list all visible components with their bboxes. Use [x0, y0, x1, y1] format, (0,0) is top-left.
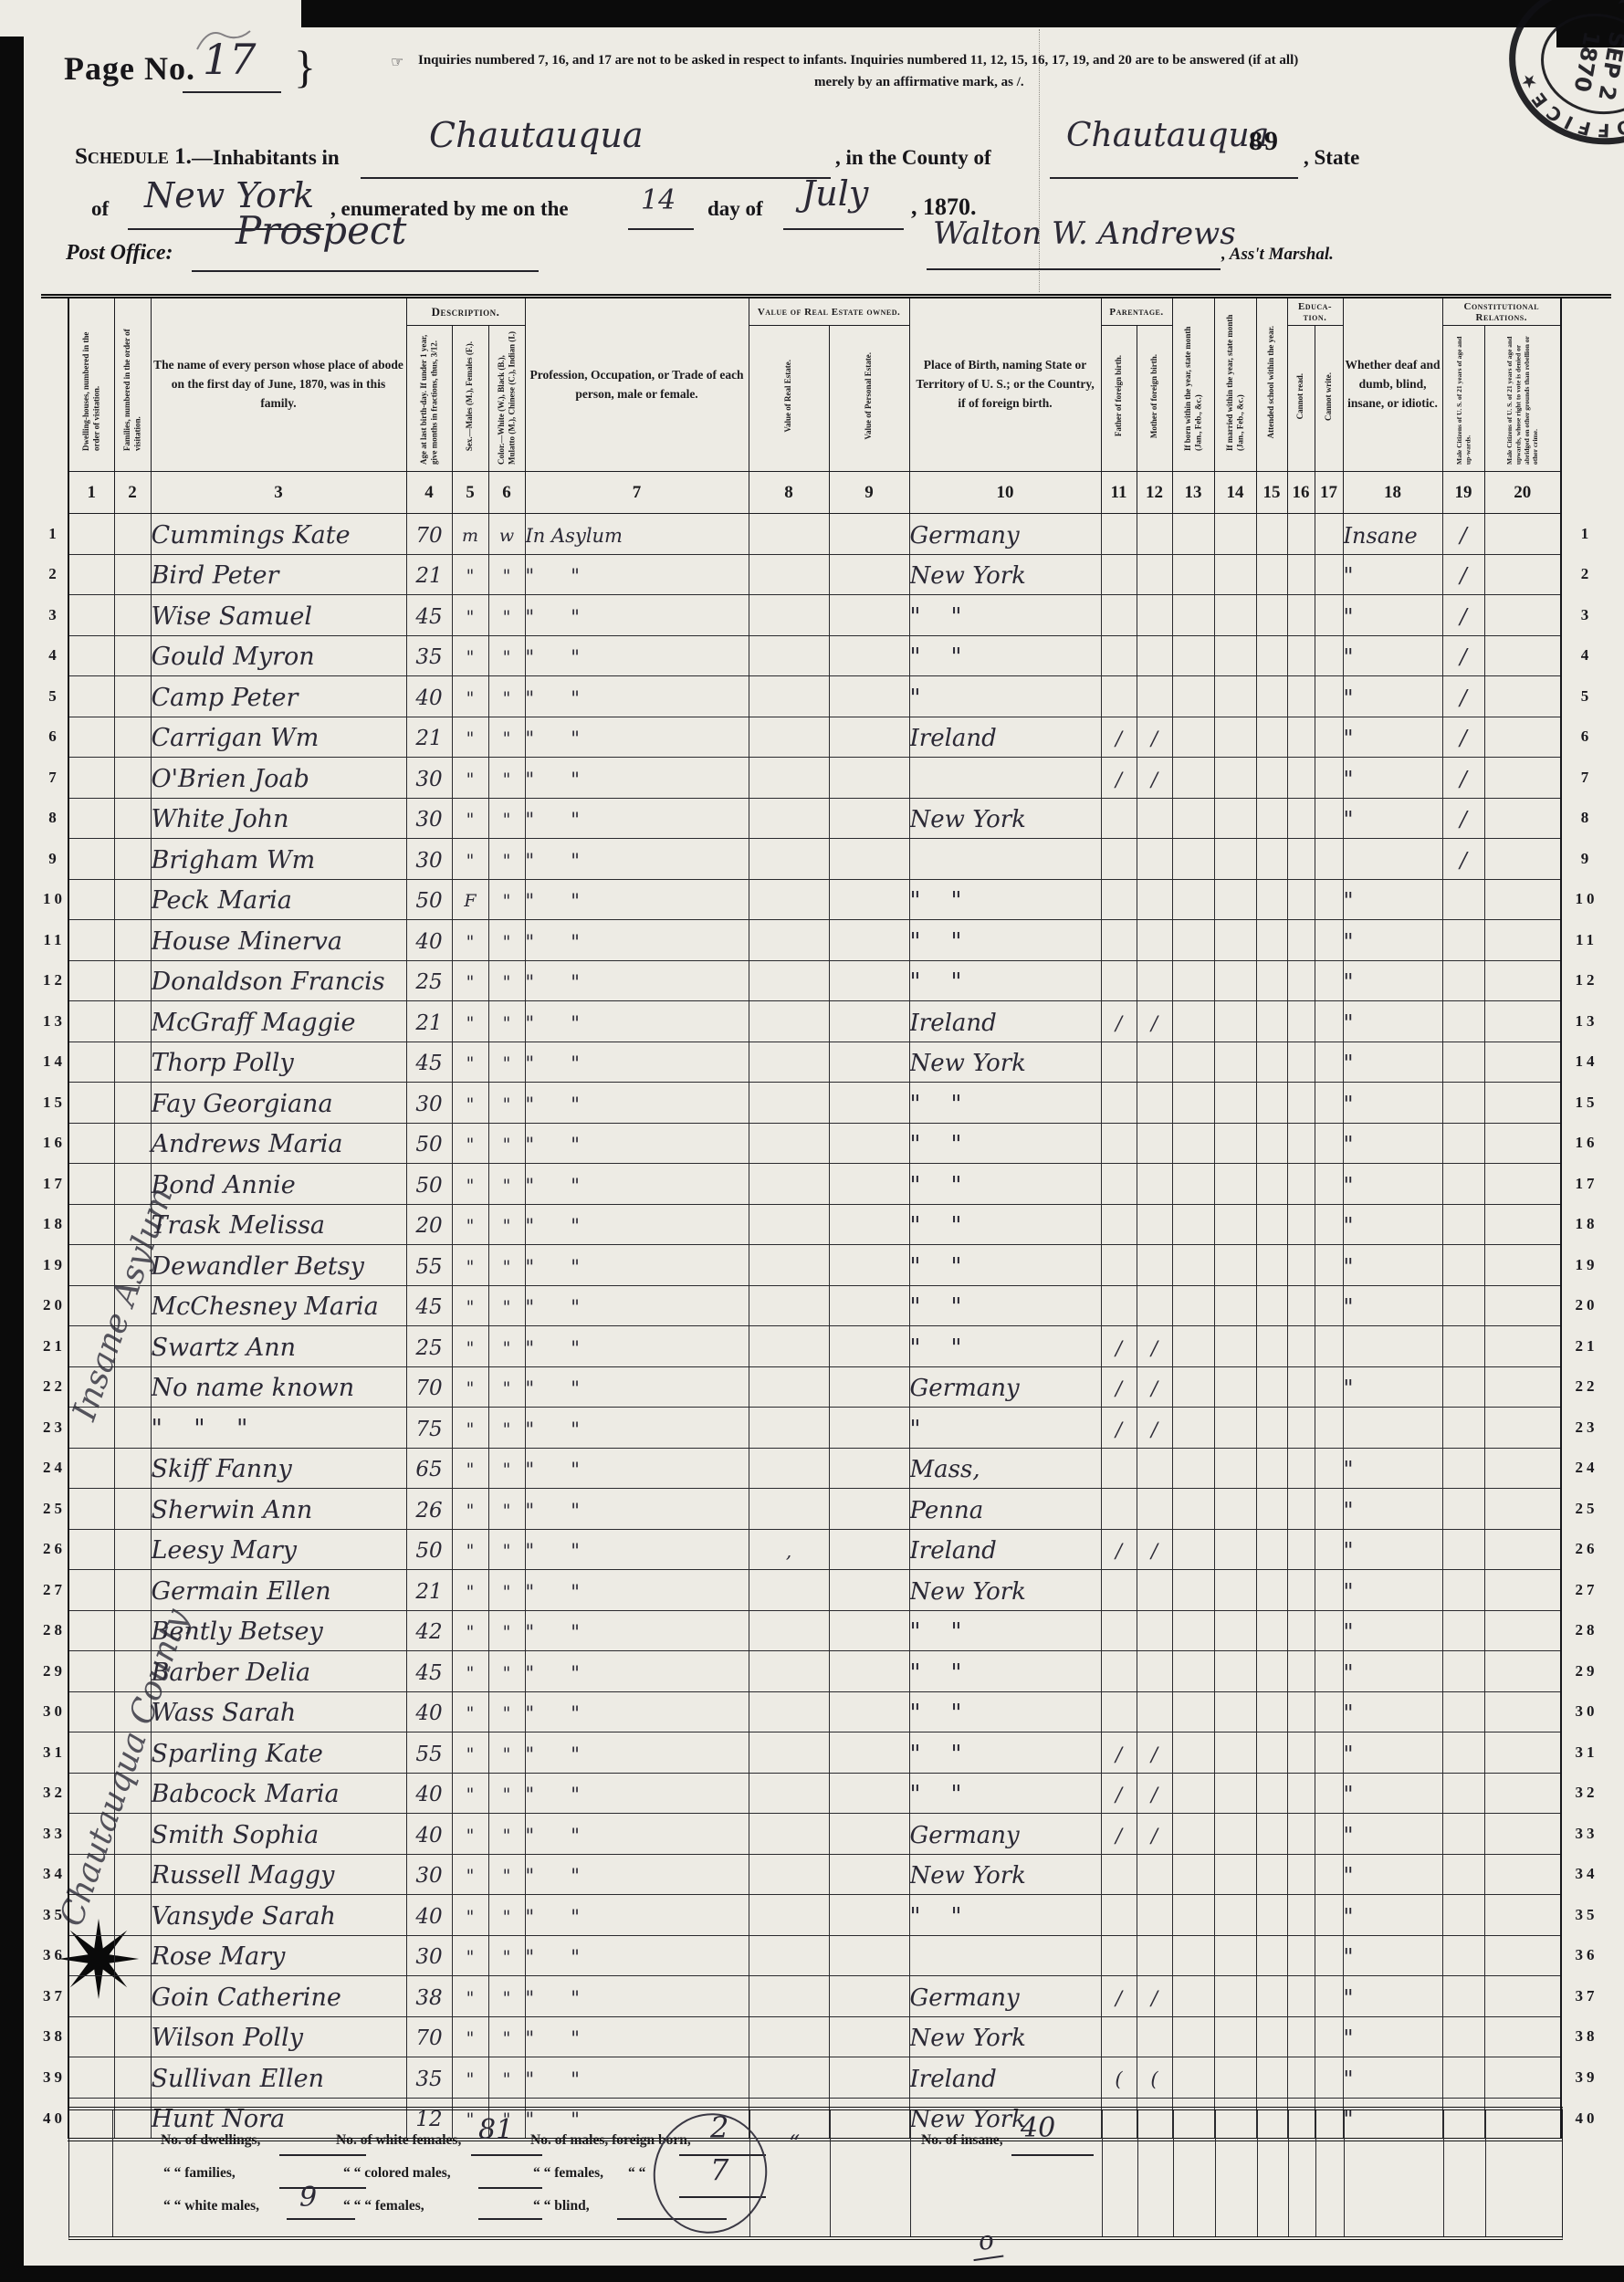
cell: [1101, 1489, 1137, 1530]
cell: [1287, 595, 1315, 636]
table-row: 26Leesy Mary50""" ",Ireland//"26: [41, 1529, 1611, 1570]
row-number-left: 8: [41, 798, 68, 839]
entry-underline: [478, 2218, 542, 2220]
cell: [1137, 1651, 1172, 1692]
cell: [1484, 1042, 1561, 1083]
column-rule: [1485, 2110, 1486, 2236]
row-number-right: 3: [1561, 595, 1611, 636]
row-number-right: 4: [1561, 635, 1611, 676]
cell: ": [1343, 1897, 1442, 1938]
cell: 50: [406, 1125, 452, 1166]
col-header-married-month: If married within the year, state month …: [1214, 297, 1256, 472]
cell: ": [1343, 1043, 1442, 1084]
cell: ": [452, 922, 488, 963]
entry-underline: [361, 177, 831, 179]
cell: ": [1343, 1653, 1442, 1694]
cell: [749, 960, 829, 1001]
cell: ": [488, 1856, 525, 1897]
cell: [1214, 920, 1256, 961]
col-header-cannot-read: Cannot read.: [1287, 326, 1315, 472]
cell: " ": [525, 922, 749, 963]
cell: ": [1343, 1531, 1442, 1572]
col-header-families: Families, numbered in the order of visit…: [114, 297, 151, 472]
cell: " ": [909, 962, 1101, 1003]
cell: [749, 1773, 829, 1814]
cell: [1484, 1204, 1561, 1245]
cell: [114, 2057, 151, 2099]
cell: [1214, 1083, 1256, 1124]
row-number-right: 38: [1561, 2016, 1611, 2057]
cell: ": [1343, 1978, 1442, 2019]
cell: [1484, 595, 1561, 636]
cell: [829, 2016, 909, 2057]
cell: 70: [406, 516, 452, 557]
cell: [1137, 2016, 1172, 2057]
column-rule: [1315, 2110, 1316, 2236]
cell: " ": [525, 1166, 749, 1207]
cell: [1442, 1408, 1484, 1449]
table-row: 7O'Brien Joab30""" "//"/7: [41, 758, 1611, 799]
cell: " ": [525, 1978, 749, 2019]
cell: [1287, 1448, 1315, 1489]
cell: [1101, 1164, 1137, 1205]
cell: ": [1343, 1247, 1442, 1288]
cell: 35: [406, 2059, 452, 2100]
cell: [1214, 635, 1256, 676]
cell: ": [452, 1491, 488, 1532]
row-number-left: 40: [41, 2098, 68, 2140]
cell: McGraff Maggie: [151, 1003, 406, 1044]
table-row: 30Wass Sarah40""" "" ""30: [41, 1691, 1611, 1732]
cell: " ": [909, 1612, 1101, 1653]
cell: Wise Samuel: [151, 597, 406, 638]
cell: [829, 635, 909, 676]
cell: " ": [525, 1247, 749, 1288]
summary-box: No. of dwellings, No. of white females, …: [68, 2107, 1563, 2240]
cell: [1214, 1164, 1256, 1205]
cell: 38: [406, 1978, 452, 2019]
row-number-right: 36: [1561, 1935, 1611, 1976]
cell: /: [1442, 759, 1484, 801]
cell: [1442, 920, 1484, 961]
cell: /: [1442, 516, 1484, 557]
cell: [1101, 1854, 1137, 1895]
cell: [1101, 1691, 1137, 1732]
cell: [1214, 1570, 1256, 1611]
cell: [1137, 1285, 1172, 1326]
table-row: 28Bently Betsey42""" "" ""28: [41, 1610, 1611, 1651]
row-number-right: 17: [1561, 1164, 1611, 1205]
cell: [1484, 1976, 1561, 2017]
cell: " ": [525, 800, 749, 841]
cell: ": [1343, 1774, 1442, 1816]
cell: [1101, 1123, 1137, 1164]
cell: /: [1137, 759, 1172, 801]
cell: [1214, 1448, 1256, 1489]
cell: [1315, 514, 1343, 555]
cell: 45: [406, 597, 452, 638]
cell: [1137, 635, 1172, 676]
col-header-age: Age at last birth-day. If under 1 year, …: [406, 326, 452, 472]
row-number-left: 2: [41, 554, 68, 595]
cell: ": [1343, 1125, 1442, 1166]
row-number-right: 13: [1561, 1001, 1611, 1042]
col-header-color: Color.—White (W.), Black (B.), Mulatto (…: [488, 326, 525, 472]
entry-underline: [927, 268, 1221, 270]
cell: Gould Myron: [151, 637, 406, 678]
cell: ": [488, 678, 525, 719]
cell: [829, 1001, 909, 1042]
cell: ": [488, 2059, 525, 2100]
table-row: 14Thorp Polly45""" "New York"14: [41, 1042, 1611, 1083]
cell: Leesy Mary: [151, 1531, 406, 1572]
cell: [1315, 758, 1343, 799]
row-number-left: 17: [41, 1164, 68, 1205]
cell: [1214, 1529, 1256, 1570]
cell: [1484, 1570, 1561, 1611]
row-number-left: 31: [41, 1732, 68, 1774]
cell: Peck Maria: [151, 881, 406, 922]
cell: [1315, 1001, 1343, 1042]
county-label: , in the County of: [835, 146, 991, 170]
cell: [829, 1935, 909, 1976]
cell: [1484, 1164, 1561, 1205]
cell: 70: [406, 2018, 452, 2059]
cell: Swartz Ann: [151, 1328, 406, 1369]
cell: [1256, 920, 1287, 961]
cell: [749, 1610, 829, 1651]
cell: [1287, 1610, 1315, 1651]
cell: [1315, 1123, 1343, 1164]
cell: /: [1137, 1531, 1172, 1572]
cell: 20: [406, 1206, 452, 1247]
cell: [68, 1773, 114, 1814]
cell: ": [1343, 1166, 1442, 1207]
cell: /: [1442, 637, 1484, 678]
cell: [68, 1448, 114, 1489]
cell: [1172, 1408, 1214, 1449]
cell: [829, 514, 909, 555]
cell: " ": [525, 881, 749, 922]
cell: 26: [406, 1491, 452, 1532]
cell: [1256, 554, 1287, 595]
cell: [68, 1245, 114, 1286]
row-number-right: 14: [1561, 1042, 1611, 1083]
cell: [1484, 839, 1561, 880]
cell: ": [1343, 881, 1442, 922]
cell: [829, 676, 909, 717]
blind-label: “ “ blind,: [533, 2198, 590, 2214]
cell: " ": [909, 597, 1101, 638]
cell: [1442, 1204, 1484, 1245]
row-number-right: 28: [1561, 1610, 1611, 1651]
col-header-deaf-dumb: Whether deaf and dumb, blind, insane, or…: [1343, 297, 1442, 472]
cell: [1256, 1123, 1287, 1164]
cell: [1287, 676, 1315, 717]
cell: [1287, 1854, 1315, 1895]
cell: [829, 1285, 909, 1326]
cell: ": [452, 1531, 488, 1572]
cell: " ": [909, 1897, 1101, 1938]
cell: [829, 1854, 909, 1895]
cell: " ": [909, 922, 1101, 963]
group-description: Description.: [406, 297, 525, 326]
cell: [1101, 1448, 1137, 1489]
cell: Fay Georgiana: [151, 1084, 406, 1125]
table-row: 37Goin Catherine38""" "Germany//"37: [41, 1976, 1611, 2017]
cell: ": [488, 1572, 525, 1613]
cell: [1256, 1529, 1287, 1570]
cell: [1172, 1854, 1214, 1895]
cell: [1137, 554, 1172, 595]
cell: Bond Annie: [151, 1166, 406, 1207]
cell: [1315, 2016, 1343, 2057]
cell: [749, 595, 829, 636]
cell: " ": [525, 1043, 749, 1084]
cell: [1484, 1326, 1561, 1367]
entry-underline: [279, 2187, 366, 2189]
cell: [1484, 1245, 1561, 1286]
cell: 75: [406, 1409, 452, 1450]
col-header-school: Attended school within the year.: [1256, 297, 1287, 472]
cell: ": [488, 1247, 525, 1288]
table-row: 2Bird Peter21""" "New York"/2: [41, 554, 1611, 595]
col-header-mother-foreign: Mother of foreign birth.: [1137, 326, 1172, 472]
cell: [749, 1895, 829, 1936]
cell: /: [1442, 800, 1484, 841]
row-number-right: 37: [1561, 1976, 1611, 2017]
cell: Ireland: [909, 1003, 1101, 1044]
cell: [114, 1651, 151, 1692]
cell: [1442, 1976, 1484, 2017]
cell: [114, 1570, 151, 1611]
cell: [1484, 1814, 1561, 1855]
cell: 30: [406, 841, 452, 882]
row-number-right: 8: [1561, 798, 1611, 839]
cell: [1287, 1976, 1315, 2017]
cell: ": [488, 1328, 525, 1369]
row-number-right: 18: [1561, 1204, 1611, 1245]
fold-line: [1039, 29, 1040, 292]
cell: [68, 1123, 114, 1164]
cell: [829, 879, 909, 920]
cell: [1287, 1042, 1315, 1083]
cell: [1315, 960, 1343, 1001]
cell: [829, 1204, 909, 1245]
cell: [1484, 1123, 1561, 1164]
cell: [1172, 1773, 1214, 1814]
table-row: 29Barber Delia45""" "" ""29: [41, 1651, 1611, 1692]
cell: F: [452, 881, 488, 922]
cell: /: [1137, 1328, 1172, 1369]
cell: ": [909, 1409, 1101, 1450]
cell: [1101, 1204, 1137, 1245]
cell: [1442, 1042, 1484, 1083]
cell: [749, 1489, 829, 1530]
cell: ": [452, 1734, 488, 1775]
cell: " ": [909, 1166, 1101, 1207]
cell: [1484, 2016, 1561, 2057]
cell: [1315, 1164, 1343, 1205]
cell: [1101, 676, 1137, 717]
cell: [1172, 2057, 1214, 2099]
cell: [1484, 1732, 1561, 1774]
cell: [1442, 1691, 1484, 1732]
row-number-left: 20: [41, 1285, 68, 1326]
cell: ": [452, 1897, 488, 1938]
group-constitutional: Constitutional Relations.: [1442, 297, 1561, 326]
row-number-right: 31: [1561, 1732, 1611, 1774]
cell: /: [1101, 759, 1137, 801]
cell: [1101, 635, 1137, 676]
cell: ": [488, 1409, 525, 1450]
cell: New York: [909, 556, 1101, 597]
cell: [1172, 1691, 1214, 1732]
cell: House Minerva: [151, 922, 406, 963]
cell: " ": [525, 637, 749, 678]
cell: [1172, 2016, 1214, 2057]
cell: ": [488, 1693, 525, 1734]
table-row: 6Carrigan Wm21""" "Ireland//"/6: [41, 717, 1611, 758]
entry-underline: [1011, 2154, 1094, 2156]
cell: [749, 920, 829, 961]
cell: [1287, 879, 1315, 920]
instructions-line1: Inquiries numbered 7, 16, and 17 are not…: [418, 53, 1298, 68]
cell: [1101, 839, 1137, 880]
cell: [1256, 1854, 1287, 1895]
cell: ": [452, 1287, 488, 1328]
cell: [1315, 839, 1343, 880]
cell: [1214, 879, 1256, 920]
cell: [1484, 1448, 1561, 1489]
cell: Wass Sarah: [151, 1693, 406, 1734]
row-number-left: 19: [41, 1245, 68, 1286]
cell: " ": [525, 962, 749, 1003]
cell: ": [452, 1937, 488, 1978]
cell: " ": [525, 1409, 749, 1450]
cell: [68, 676, 114, 717]
cell: [1172, 1042, 1214, 1083]
cell: [1287, 1895, 1315, 1936]
cell: [1214, 1895, 1256, 1936]
row-number-right: 34: [1561, 1854, 1611, 1895]
row-number-left: 23: [41, 1408, 68, 1449]
cell: [829, 1976, 909, 2017]
cell: [1484, 960, 1561, 1001]
cell: [68, 1570, 114, 1611]
cell: ": [452, 1084, 488, 1125]
cell: ": [488, 1978, 525, 2019]
column-rule: [1257, 2110, 1258, 2236]
table-row: 23" " "75""" ""//23: [41, 1408, 1611, 1449]
cell: [1315, 1773, 1343, 1814]
cell: [1484, 798, 1561, 839]
cell: [114, 1001, 151, 1042]
cell: [1172, 1935, 1214, 1976]
cell: ": [1343, 1734, 1442, 1775]
cell: /: [1137, 1978, 1172, 2019]
cell: [68, 1042, 114, 1083]
cell: [1214, 1204, 1256, 1245]
cell: [829, 1245, 909, 1286]
cell: [1315, 920, 1343, 961]
cell: [1287, 1204, 1315, 1245]
cell: [1214, 1326, 1256, 1367]
col-header-occupation: Profession, Occupation, or Trade of each…: [525, 297, 749, 472]
cell: [1442, 1245, 1484, 1286]
row-number-left: 33: [41, 1814, 68, 1855]
cell: " ": [525, 2059, 749, 2100]
cell: [1287, 1164, 1315, 1205]
cell: ": [452, 1247, 488, 1288]
cell: ": [488, 1450, 525, 1491]
cell: " " ": [151, 1409, 406, 1450]
cell: /: [1101, 1003, 1137, 1044]
cell: [1484, 758, 1561, 799]
cell: [1172, 1570, 1214, 1611]
cell: [1172, 1732, 1214, 1774]
cell: [1315, 1448, 1343, 1489]
row-number-left: 21: [41, 1326, 68, 1367]
scan-edge-top: [301, 0, 1624, 27]
cell: [1442, 1814, 1484, 1855]
entry-underline: [783, 228, 904, 230]
cell: ": [452, 1978, 488, 2019]
cell: [1442, 1935, 1484, 1976]
cell: Germany: [909, 516, 1101, 557]
cell: 30: [406, 1856, 452, 1897]
cell: /: [1137, 1003, 1172, 1044]
cell: [829, 1164, 909, 1205]
cell: [1442, 1164, 1484, 1205]
cell: [1101, 514, 1137, 555]
cell: 45: [406, 1043, 452, 1084]
cell: [1172, 1164, 1214, 1205]
cell: [749, 1326, 829, 1367]
cell: [114, 1976, 151, 2017]
cell: [114, 1083, 151, 1124]
cell: 55: [406, 1247, 452, 1288]
cell: /: [1442, 597, 1484, 638]
cell: Ireland: [909, 2059, 1101, 2100]
cell: /: [1137, 1409, 1172, 1450]
cell: " ": [525, 759, 749, 801]
cell: [1287, 1326, 1315, 1367]
dwellings-label: No. of dwellings,: [161, 2132, 260, 2149]
cell: [1256, 1001, 1287, 1042]
cell: [1101, 1651, 1137, 1692]
cell: [1214, 2057, 1256, 2099]
cell: [68, 717, 114, 758]
row-number-left: 36: [41, 1935, 68, 1976]
table-row: 27Germain Ellen21""" "New York"27: [41, 1570, 1611, 1611]
table-row: 19Dewandler Betsy55""" "" ""19: [41, 1245, 1611, 1286]
cell: [1137, 676, 1172, 717]
cell: [1315, 554, 1343, 595]
cell: [749, 1245, 829, 1286]
cell: 21: [406, 556, 452, 597]
cell: " ": [525, 1125, 749, 1166]
table-row: 3Wise Samuel45""" "" ""/3: [41, 595, 1611, 636]
cell: 40: [406, 1774, 452, 1816]
cell: 55: [406, 1734, 452, 1775]
col-header-born-month: If born within the year, state month (Ja…: [1172, 297, 1214, 472]
cell: " ": [525, 556, 749, 597]
cell: [829, 554, 909, 595]
cell: Ireland: [909, 1531, 1101, 1572]
cell: ": [488, 1937, 525, 1978]
cell: [749, 635, 829, 676]
